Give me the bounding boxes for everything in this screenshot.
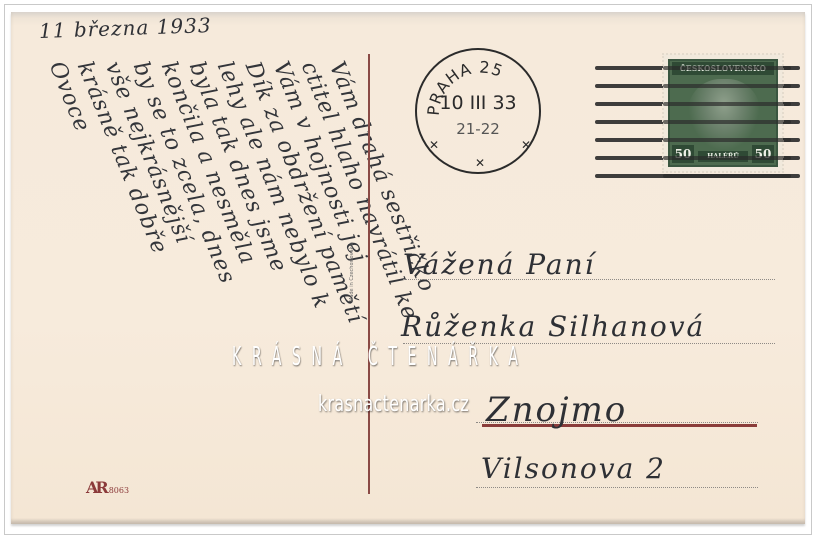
address-salutation: Vážená Paní <box>403 248 596 281</box>
cancel-bar <box>663 138 791 142</box>
postmark-time: 21-22 <box>417 120 539 138</box>
star-icon: ✕ <box>521 138 531 152</box>
watermark-title: KRÁSNÁ ČTENÁŘKA <box>232 342 528 372</box>
publisher-number: 8063 <box>109 486 129 495</box>
star-icon: ✕ <box>475 156 485 170</box>
cancel-bar <box>663 120 791 124</box>
cancel-bar <box>663 174 791 178</box>
star-icon: ✕ <box>429 138 439 152</box>
address-city: Znojmo <box>486 390 627 430</box>
divider-line <box>368 54 370 494</box>
postmark-date: 10 III 33 <box>417 92 539 114</box>
postmark: PRAHA 25 10 III 33 21-22 ✕ ✕ ✕ <box>415 48 541 174</box>
watermark-url: krasnactenarka.cz <box>318 392 469 417</box>
imprint-text: Made in Czechoslovakia <box>349 242 355 302</box>
address-name: Růženka Silhanová <box>401 310 705 343</box>
address-street: Vilsonova 2 <box>481 452 666 485</box>
address-rule <box>476 486 758 488</box>
handwritten-date: 11 března 1933 <box>39 13 212 43</box>
cancel-bar <box>663 156 791 160</box>
handwritten-message: Vám drahá sestřičkoctitel hlaho navrátil… <box>29 48 359 508</box>
publisher-mark: AR 8063 <box>86 478 129 497</box>
publisher-logo: AR <box>86 478 106 497</box>
cancel-bar <box>663 66 791 70</box>
cancellation-bars-overlay <box>663 62 791 180</box>
postcard: 11 března 1933 Vám drahá sestřičkoctitel… <box>11 12 805 524</box>
cancel-bar <box>663 84 791 88</box>
cancel-bar <box>663 102 791 106</box>
